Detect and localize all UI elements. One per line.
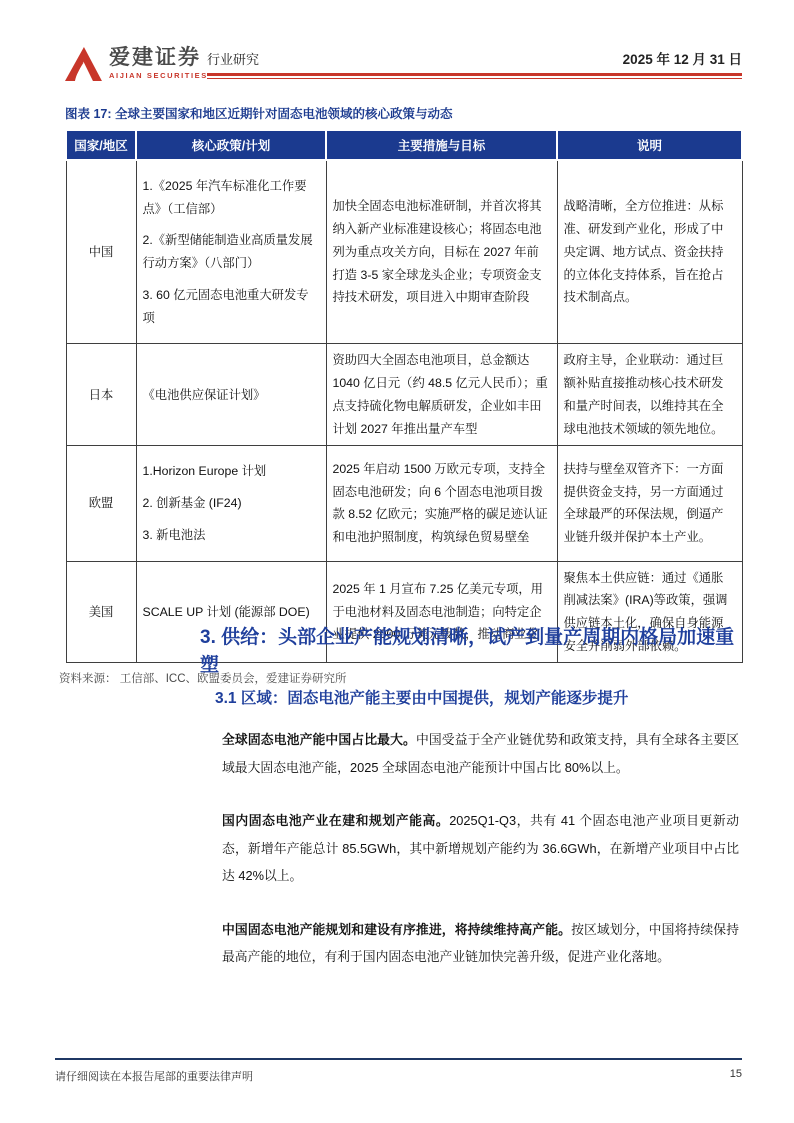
policy-line: 3. 新电池法 [143, 524, 320, 547]
cell-measures: 2025 年启动 1500 万欧元专项，支持全固态电池研发；向 6 个固态电池项… [326, 446, 557, 561]
cell-notes: 政府主导，企业联动：通过巨额补贴直接推动核心技术研发和量产时间表，以维持其在全球… [557, 344, 742, 446]
cell-policies: 《电池供应保证计划》 [136, 344, 326, 446]
policy-table: 国家/地区核心政策/计划主要措施与目标说明 中国1.《2025 年汽车标准化工作… [65, 129, 743, 663]
section-heading-3: 3. 供给：头部企业产能规划清晰，试产到量产周期内格局加速重塑 [200, 624, 740, 679]
figure-17: 图表 17: 全球主要国家和地区近期针对固态电池领域的核心政策与动态 国家/地区… [65, 104, 741, 686]
body-paragraph: 国内固态电池产业在建和规划产能高。2025Q1-Q3，共有 41 个固态电池产业… [222, 807, 739, 890]
policy-line: SCALE UP 计划 (能源部 DOE) [143, 601, 320, 624]
cell-measures: 资助四大全固态电池项目，总金额达 1040 亿日元（约 48.5 亿元人民币）；… [326, 344, 557, 446]
header-rule-thick [207, 73, 742, 76]
policy-line: 《电池供应保证计划》 [143, 384, 320, 407]
policy-line: 2.《新型储能制造业高质量发展行动方案》（八部门） [143, 229, 320, 274]
cell-region: 中国 [66, 160, 136, 344]
page-number: 15 [730, 1068, 742, 1084]
table-row: 日本《电池供应保证计划》资助四大全固态电池项目，总金额达 1040 亿日元（约 … [66, 344, 742, 446]
paragraph-lead: 中国固态电池产能规划和建设有序推进，将持续维持高产能。 [222, 922, 571, 937]
header-bar: 行业研究 2025 年 12 月 31 日 [207, 48, 742, 79]
policy-line: 3. 60 亿元固态电池重大研发专项 [143, 284, 320, 329]
cell-notes: 战略清晰，全方位推进：从标准、研发到产业化，形成了中央定调、地方试点、资金扶持的… [557, 160, 742, 344]
report-page: 爱建证券 AIJIAN SECURITIES 行业研究 2025 年 12 月 … [0, 0, 794, 1123]
body-paragraph: 全球固态电池产能中国占比最大。中国受益于全产业链优势和政策支持，具有全球各主要区… [222, 726, 739, 781]
header-rule-thin [207, 78, 742, 79]
body-paragraph: 中国固态电池产能规划和建设有序推进，将持续维持高产能。按区域划分，中国将持续保持… [222, 916, 739, 971]
figure-title: 图表 17: 全球主要国家和地区近期针对固态电池领域的核心政策与动态 [65, 104, 741, 122]
column-header: 主要措施与目标 [326, 130, 557, 160]
policy-line: 1.《2025 年汽车标准化工作要点》（工信部） [143, 175, 320, 220]
logo-text-cn: 爱建证券 [109, 46, 208, 69]
aijian-logo-icon [64, 46, 102, 87]
report-category: 行业研究 [207, 49, 259, 68]
table-row: 中国1.《2025 年汽车标准化工作要点》（工信部）2.《新型储能制造业高质量发… [66, 160, 742, 344]
report-date: 2025 年 12 月 31 日 [623, 48, 742, 68]
paragraph-lead: 全球固态电池产能中国占比最大。 [222, 732, 416, 747]
logo-text-en: AIJIAN SECURITIES [109, 71, 208, 80]
column-header: 说明 [557, 130, 742, 160]
policy-line: 1.Horizon Europe 计划 [143, 460, 320, 483]
policy-line: 2. 创新基金 (IF24) [143, 492, 320, 515]
page-footer: 请仔细阅读在本报告尾部的重要法律声明 15 [55, 1058, 742, 1084]
cell-measures: 加快全固态电池标准研制，并首次将其纳入新产业标准建设核心；将固态电池列为重点攻关… [326, 160, 557, 344]
footer-rule [55, 1058, 742, 1060]
cell-notes: 扶持与壁垒双管齐下：一方面提供资金支持，另一方面通过全球最严的环保法规，倒逼产业… [557, 446, 742, 561]
company-logo: 爱建证券 AIJIAN SECURITIES [64, 46, 208, 87]
column-header: 国家/地区 [66, 130, 136, 160]
paragraph-lead: 国内固态电池产业在建和规划产能高。 [222, 813, 449, 828]
cell-region: 美国 [66, 561, 136, 663]
table-row: 欧盟1.Horizon Europe 计划2. 创新基金 (IF24)3. 新电… [66, 446, 742, 561]
policy-table-head-row: 国家/地区核心政策/计划主要措施与目标说明 [66, 130, 742, 160]
footer-disclaimer: 请仔细阅读在本报告尾部的重要法律声明 [55, 1068, 253, 1084]
page-header: 爱建证券 AIJIAN SECURITIES 行业研究 2025 年 12 月 … [56, 46, 742, 92]
section-heading-3-1: 3.1 区域：固态电池产能主要由中国提供，规划产能逐步提升 [215, 686, 743, 708]
cell-region: 欧盟 [66, 446, 136, 561]
body-paragraphs: 全球固态电池产能中国占比最大。中国受益于全产业链优势和政策支持，具有全球各主要区… [222, 726, 739, 997]
cell-region: 日本 [66, 344, 136, 446]
column-header: 核心政策/计划 [136, 130, 326, 160]
policy-table-body: 中国1.《2025 年汽车标准化工作要点》（工信部）2.《新型储能制造业高质量发… [66, 160, 742, 663]
cell-policies: 1.Horizon Europe 计划2. 创新基金 (IF24)3. 新电池法 [136, 446, 326, 561]
cell-policies: 1.《2025 年汽车标准化工作要点》（工信部）2.《新型储能制造业高质量发展行… [136, 160, 326, 344]
